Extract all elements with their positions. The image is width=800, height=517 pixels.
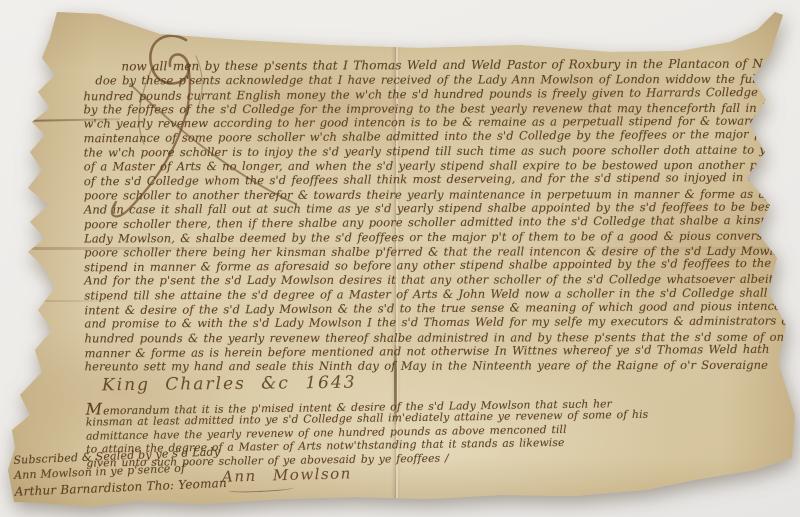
regnal-date-line: King Charles &c 1643 <box>102 373 357 396</box>
manuscript-line: by the feoffees of the s'd Colledge for … <box>84 101 796 117</box>
parchment-sheet: now all men by these p'sents that I Thom… <box>0 0 800 517</box>
parchment-shadow-wrap: now all men by these p'sents that I Thom… <box>0 0 800 517</box>
manuscript-line: And for the p'sent the s'd Lady Mowlson … <box>84 272 796 288</box>
attestation-block: Subscribed & Sealed by ye s'd Lady Ann M… <box>13 444 245 499</box>
signature-ann-mowlson: Ann Mowlson <box>222 464 352 485</box>
manuscript-line: hereunto sett my hand and seale this Nin… <box>85 358 797 374</box>
signature-underline-flourish <box>228 485 294 493</box>
deed-body-text: now all men by these p'sents that I Thom… <box>83 56 796 374</box>
photo-of-manuscript: now all men by these p'sents that I Thom… <box>0 0 800 517</box>
manuscript-line: poore scholler to another therefor & tow… <box>84 186 796 202</box>
